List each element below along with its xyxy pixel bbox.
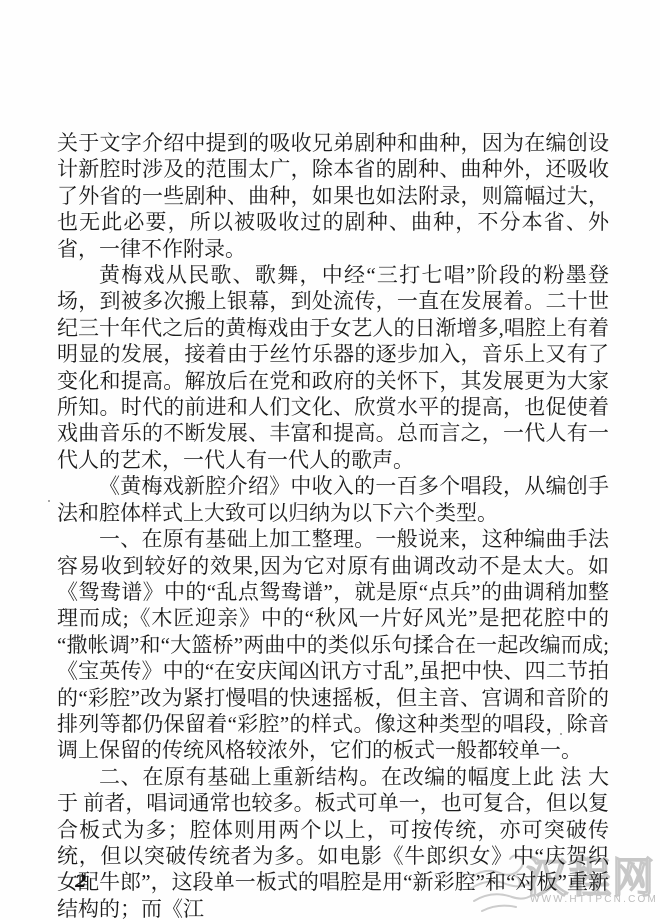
page-number: 2 [75,872,87,892]
body-text: 关于文字介绍中提到的吸收兄弟剧种和曲种，因为在编创设计新腔时涉及的范围太广，除本… [57,130,609,920]
scanned-book-page: 汉程网 WWW.HTTPCN.COM 关于文字介绍中提到的吸收兄弟剧种和曲种，因… [0,0,660,920]
paragraph-history: 黄梅戏从民歌、歌舞，中经“三打七唱”阶段的粉墨登场，到被多次搬上银幕，到处流传，… [57,262,609,473]
paragraph-intro-types: 《黄梅戏新腔介绍》中收入的一百多个唱段，从编创手法和腔体样式上大致可以归纳为以下… [57,473,609,526]
paragraph-type-one: 一、在原有基础上加工整理。一般说来，这种编曲手法容易收到较好的效果,因为它对原有… [57,526,609,764]
paragraph-continuation: 关于文字介绍中提到的吸收兄弟剧种和曲种，因为在编创设计新腔时涉及的范围太广，除本… [57,130,609,262]
paragraph-type-two: 二、在原有基础上重新结构。在改编的幅度上此 法 大 于 前者，唱词通常也较多。板… [57,764,609,920]
scan-speck [48,500,50,502]
